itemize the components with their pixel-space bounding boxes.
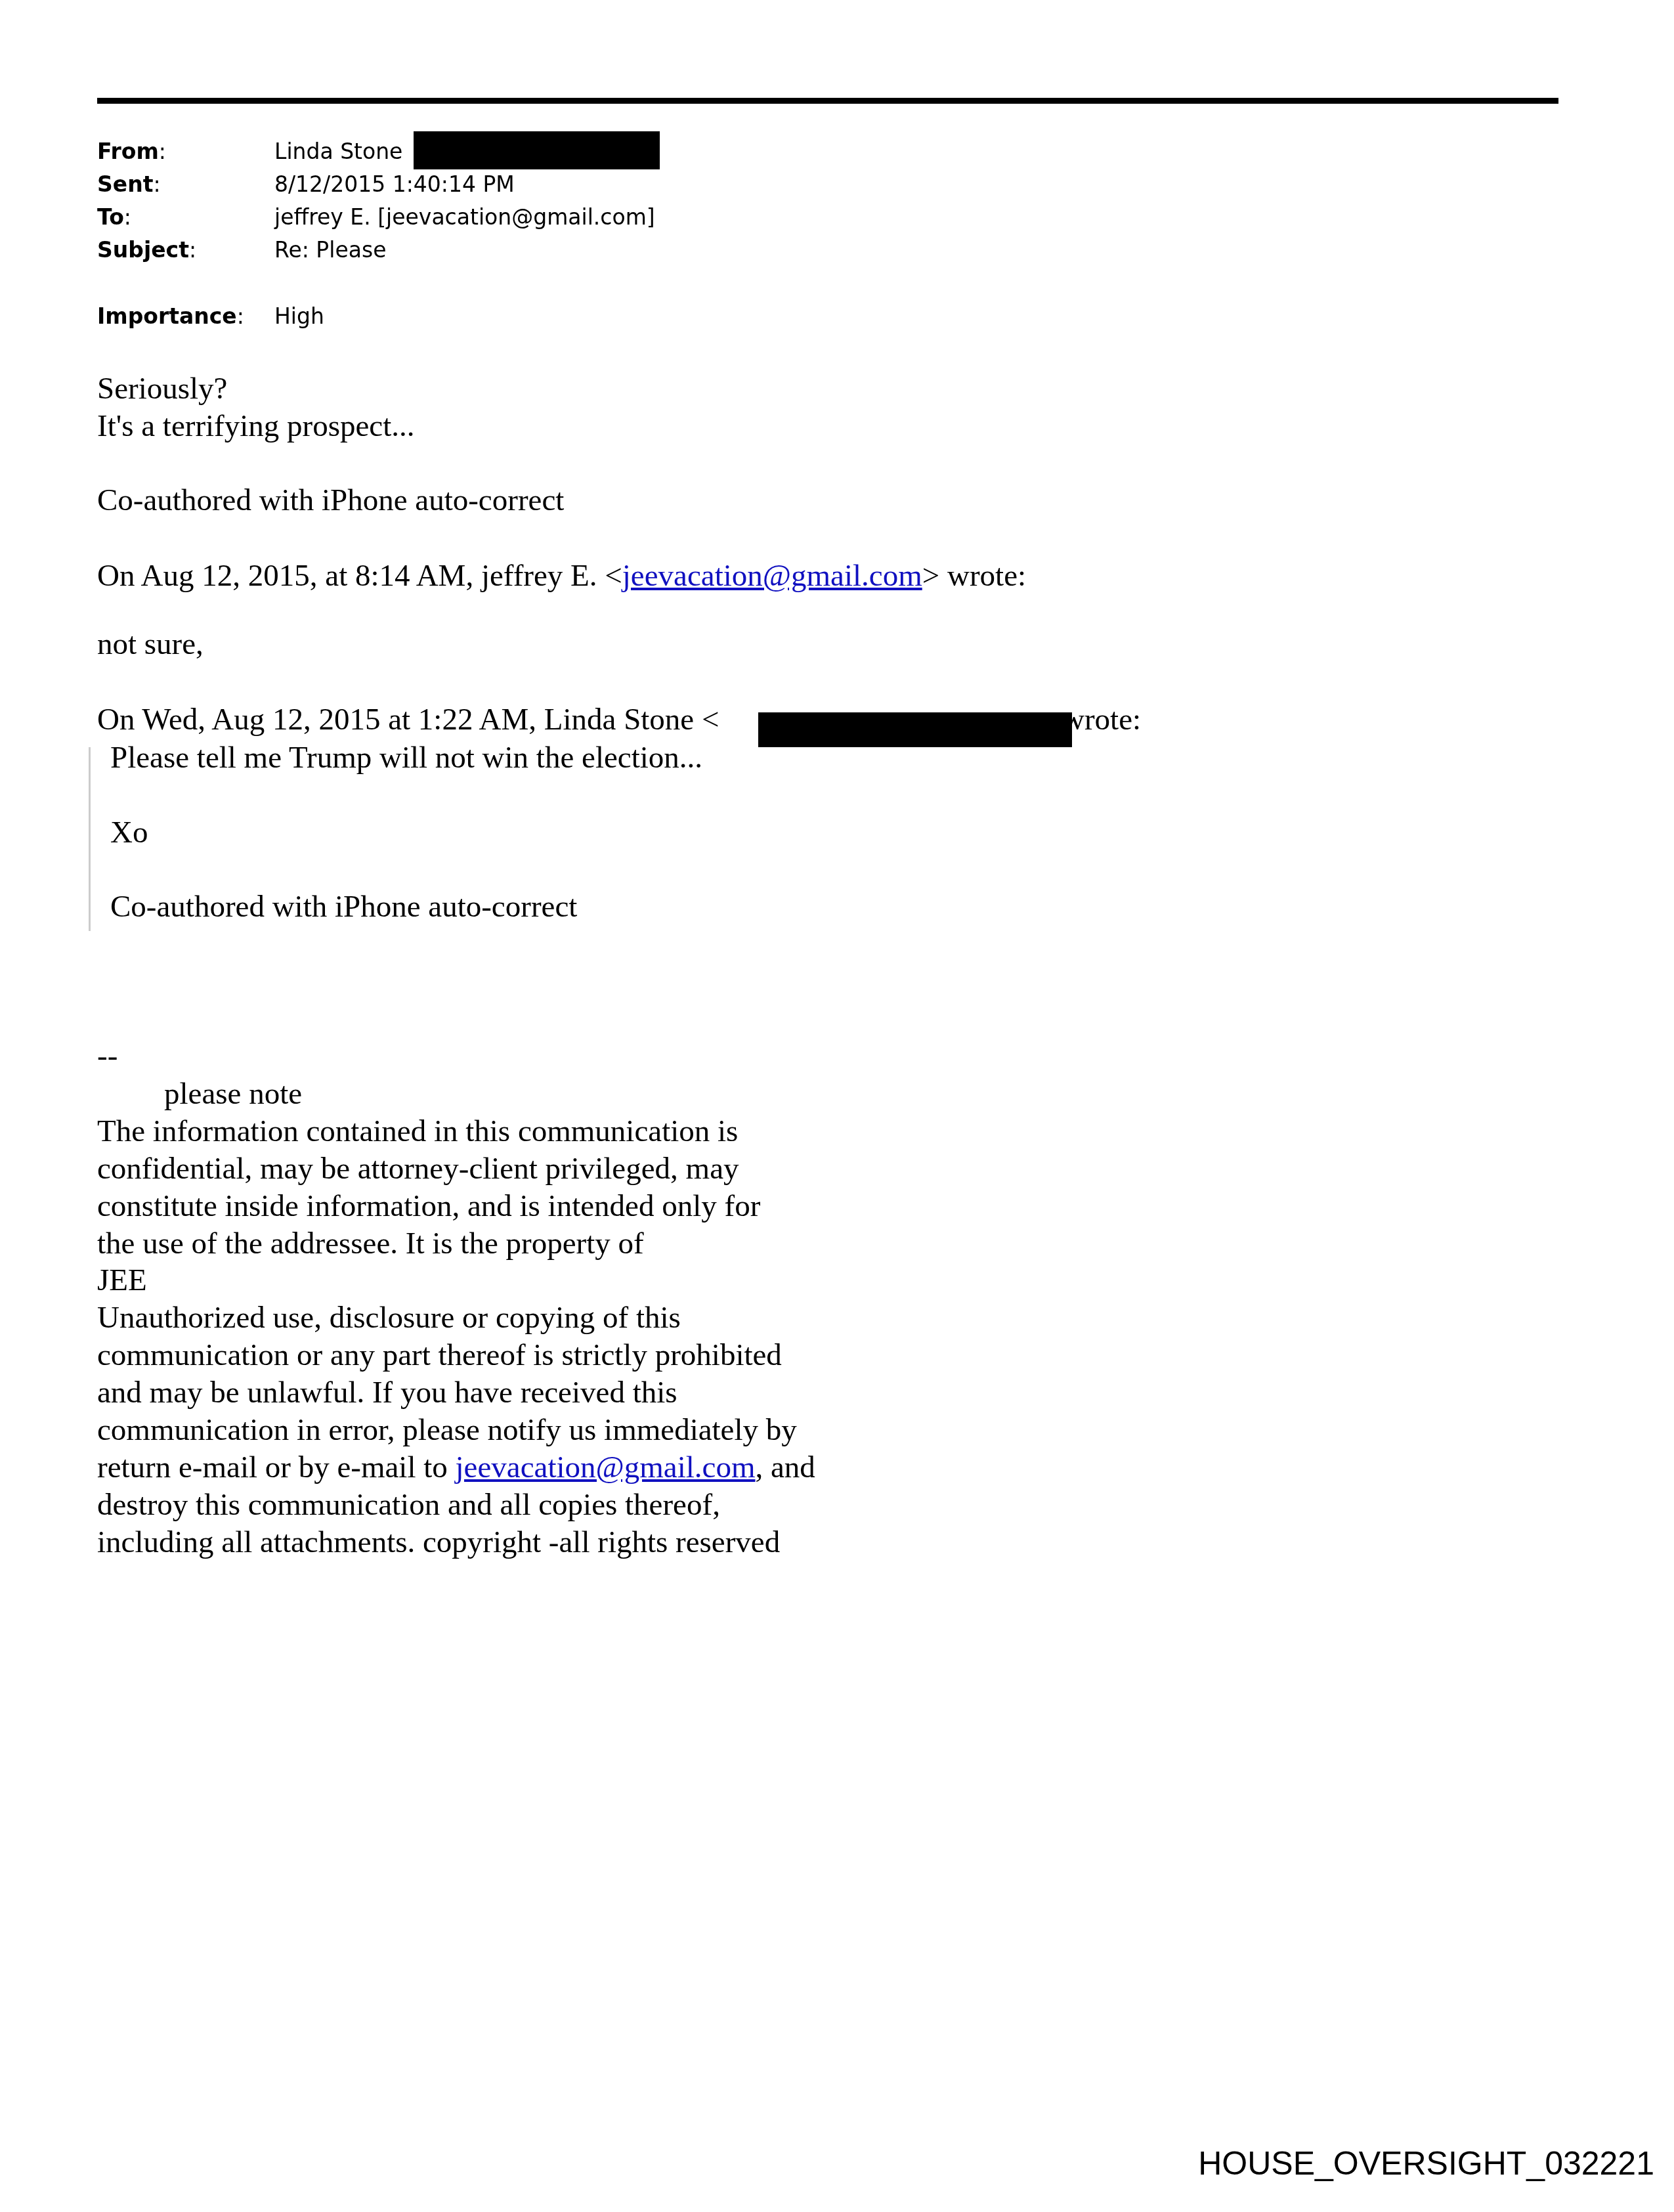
quote-header-wrote: wrote: bbox=[1062, 701, 1141, 739]
header-to-row: To:jeffrey E. [jeevacation@gmail.com] bbox=[97, 201, 655, 234]
sent-label: Sent: bbox=[97, 168, 274, 201]
disclaimer-line: communication or any part thereof is str… bbox=[97, 1337, 782, 1374]
quoted-text: Xo bbox=[110, 814, 148, 852]
disclaimer-line: communication in error, please notify us… bbox=[97, 1412, 797, 1449]
disclaimer-line: the use of the addressee. It is the prop… bbox=[97, 1225, 644, 1263]
blockquote-border bbox=[89, 747, 91, 931]
quote-header-text: On Wed, Aug 12, 2015 at 1:22 AM, Linda S… bbox=[97, 703, 719, 737]
quote-header-text: On Aug 12, 2015, at 8:14 AM, jeffrey E. … bbox=[97, 559, 622, 593]
quoted-text: Co-authored with iPhone auto-correct bbox=[110, 888, 577, 926]
header-subject-row: Subject:Re: Please bbox=[97, 234, 386, 267]
to-value: jeffrey E. [jeevacation@gmail.com] bbox=[274, 201, 655, 234]
from-label: From: bbox=[97, 135, 274, 168]
subject-label: Subject: bbox=[97, 234, 274, 267]
quoted-text: Please tell me Trump will not win the el… bbox=[110, 739, 702, 777]
reply-line: Seriously? bbox=[97, 370, 227, 408]
disclaimer-line: destroy this communication and all copie… bbox=[97, 1486, 720, 1524]
quote-header: On Aug 12, 2015, at 8:14 AM, jeffrey E. … bbox=[97, 557, 1026, 595]
disclaimer-text: , and bbox=[756, 1450, 815, 1485]
email-link[interactable]: jeevacation@gmail.com bbox=[456, 1450, 756, 1485]
disclaimer-line: Unauthorized use, disclosure or copying … bbox=[97, 1299, 681, 1337]
disclaimer-line: The information contained in this commun… bbox=[97, 1113, 738, 1150]
from-value: Linda Stone bbox=[274, 135, 402, 168]
subject-value: Re: Please bbox=[274, 234, 386, 267]
bates-number: HOUSE_OVERSIGHT_032221 bbox=[1198, 2144, 1654, 2183]
redaction-box bbox=[758, 712, 1072, 747]
sent-value: 8/12/2015 1:40:14 PM bbox=[274, 168, 515, 201]
header-rule bbox=[97, 98, 1558, 104]
disclaimer-line: and may be unlawful. If you have receive… bbox=[97, 1374, 677, 1412]
header-importance-row: Importance:High bbox=[97, 300, 324, 333]
reply-line: It's a terrifying prospect... bbox=[97, 408, 415, 445]
quote-header: On Wed, Aug 12, 2015 at 1:22 AM, Linda S… bbox=[97, 701, 719, 739]
disclaimer-line: return e-mail or by e-mail to jeevacatio… bbox=[97, 1449, 815, 1486]
quote-header-text: > wrote: bbox=[922, 559, 1026, 593]
email-link[interactable]: jeevacation@gmail.com bbox=[622, 559, 922, 593]
reply-signature: Co-authored with iPhone auto-correct bbox=[97, 482, 564, 519]
disclaimer-line: JEE bbox=[97, 1262, 147, 1299]
redaction-box bbox=[414, 131, 660, 169]
to-label: To: bbox=[97, 201, 274, 234]
disclaimer-text: return e-mail or by e-mail to bbox=[97, 1450, 456, 1485]
importance-value: High bbox=[274, 300, 324, 333]
disclaimer-heading: please note bbox=[164, 1075, 302, 1113]
importance-label: Importance: bbox=[97, 300, 274, 333]
signature-separator: -- bbox=[97, 1037, 118, 1075]
disclaimer-line: confidential, may be attorney-client pri… bbox=[97, 1150, 739, 1188]
header-sent-row: Sent:8/12/2015 1:40:14 PM bbox=[97, 168, 515, 201]
disclaimer-line: including all attachments. copyright -al… bbox=[97, 1524, 780, 1561]
header-from-row: From:Linda Stone bbox=[97, 135, 402, 168]
quoted-text: not sure, bbox=[97, 626, 204, 663]
disclaimer-line: constitute inside information, and is in… bbox=[97, 1188, 760, 1225]
